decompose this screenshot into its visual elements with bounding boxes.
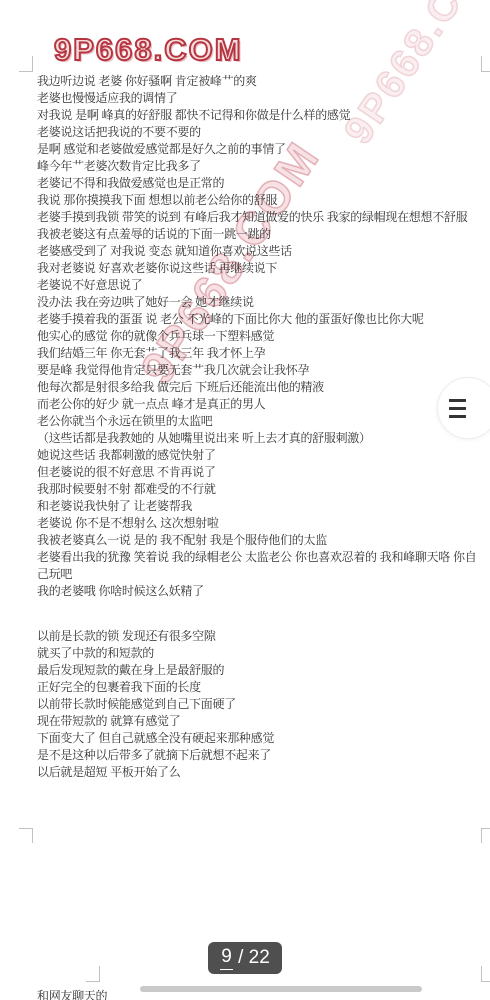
text-line: 老婆感受到了 对我说 变态 就知道你喜欢说这些话: [37, 243, 476, 260]
text-line: 老公你就当个永远在锁里的太监吧: [37, 413, 476, 430]
text-line: 没办法 我在旁边哄了她好一会 她才继续说: [37, 294, 476, 311]
text-line: 下面变大了 但自己就感全没有硬起来那种感觉: [37, 730, 274, 747]
text-line: 我被老婆这有点羞辱的话说的下面一跳一跳的: [37, 226, 476, 243]
text-line: 我边听边说 老婆 你好骚啊 肯定被峰艹的爽: [37, 73, 476, 90]
page-separator: /: [233, 947, 249, 969]
current-page-number: 9: [220, 946, 233, 970]
text-line: 老婆说这话把我说的不要不要的: [37, 124, 476, 141]
page-number-indicator[interactable]: 9 / 22: [208, 942, 282, 974]
text-line: 她说这些话 我都刺激的感觉快射了: [37, 447, 476, 464]
text-line: 是不是这种以后带多了就摘下后就想不起来了: [37, 747, 274, 764]
text-line: 和老婆说我快射了 让老婆帮我: [37, 498, 476, 515]
text-line: 我那时候要射不射 都难受的不行就: [37, 481, 476, 498]
next-page-boundary-mark-right: [481, 966, 490, 982]
text-line: 对我说 是啊 峰真的好舒服 都快不记得和你做是什么样的感觉: [37, 107, 476, 124]
text-line: 而老公你的好少 就一点点 峰才是真正的男人: [37, 396, 476, 413]
text-line: 以前带长款时候能感觉到自己下面硬了: [37, 696, 274, 713]
text-line: 就买了中款的和短款的: [37, 645, 274, 662]
text-line: 老婆手摸着我的蛋蛋 说 老公 不光峰的下面比你大 他的蛋蛋好像也比你大呢: [37, 311, 476, 328]
text-line: 要是峰 我觉得他肯定只要无套艹我几次就会让我怀孕: [37, 362, 476, 379]
text-boundary-mark-bottom-right: [481, 828, 490, 843]
document-reader-page: 9P668.COM 9P668.COM 9P668.COM 我边听边说 老婆 你…: [0, 0, 490, 1000]
text-line: 他每次都是射很多给我 做完后 下班后还能流出他的精液: [37, 379, 476, 396]
next-page-divider-bar: [140, 986, 422, 992]
text-line: 我们结婚三年 你无套艹了我三年 我才怀上孕: [37, 345, 476, 362]
text-line: 老婆看出我的犹豫 笑着说 我的绿帽老公 太监老公 你也喜欢忍着的 我和峰聊天咯 …: [37, 549, 476, 566]
text-line: 以前是长款的锁 发现还有很多空隙: [37, 628, 274, 645]
text-line: 老婆说 你不是不想射么 这次想射啦: [37, 515, 476, 532]
text-line: 他实心的感觉 你的就像个乒乓球一下塑料感觉: [37, 328, 476, 345]
site-watermark-logo: 9P668.COM: [54, 32, 243, 68]
text-line: 老婆也慢慢适应我的调情了: [37, 90, 476, 107]
text-line: （这些话都是我教她的 从她嘴里说出来 听上去才真的舒服刺激）: [37, 430, 476, 447]
text-line: 是啊 感觉和老婆做爱感觉都是好久之前的事情了: [37, 141, 476, 158]
next-page-boundary-mark-left: [86, 966, 100, 982]
text-line: 老婆说不好意思说了: [37, 277, 476, 294]
hamburger-menu-icon: [449, 399, 466, 418]
total-page-count: 22: [249, 947, 270, 969]
text-line: 我说 那你摸摸我下面 想想以前老公给你的舒服: [37, 192, 476, 209]
text-boundary-mark-top-left: [19, 56, 33, 72]
text-line: 我的老婆哦 你啥时候这么妖精了: [37, 583, 476, 600]
text-line: 现在带短款的 就算有感觉了: [37, 713, 274, 730]
text-line: 以后就是超短 平板开始了么: [37, 764, 274, 781]
text-boundary-mark-bottom-left: [19, 828, 33, 843]
next-page-preview-text: 和网友聊天的: [37, 987, 107, 1000]
text-boundary-mark-top-right: [481, 56, 490, 72]
text-line: 最后发现短款的戴在身上是最舒服的: [37, 662, 274, 679]
text-line: 峰今年艹老婆次数肯定比我多了: [37, 158, 476, 175]
text-line: 正好完全的包裹着我下面的长度: [37, 679, 274, 696]
text-line: 我对老婆说 好喜欢老婆你说这些话 再继续说下: [37, 260, 476, 277]
story-text-block-1: 我边听边说 老婆 你好骚啊 肯定被峰艹的爽老婆也慢慢适应我的调情了对我说 是啊 …: [37, 73, 476, 600]
text-line: 己玩吧: [37, 566, 476, 583]
text-line: 但老婆说的很不好意思 不肯再说了: [37, 464, 476, 481]
text-line: 老婆手摸到我锁 带笑的说到 有峰后我才知道做爱的快乐 我家的绿帽现在想想不舒服: [37, 209, 476, 226]
text-line: 老婆记不得和我做爱感觉也是正常的: [37, 175, 476, 192]
floating-menu-button[interactable]: [437, 377, 490, 439]
story-text-block-2: 以前是长款的锁 发现还有很多空隙就买了中款的和短款的最后发现短款的戴在身上是最舒…: [37, 628, 274, 781]
text-line: 我被老婆真么一说 是的 我不配射 我是个服侍他们的太监: [37, 532, 476, 549]
